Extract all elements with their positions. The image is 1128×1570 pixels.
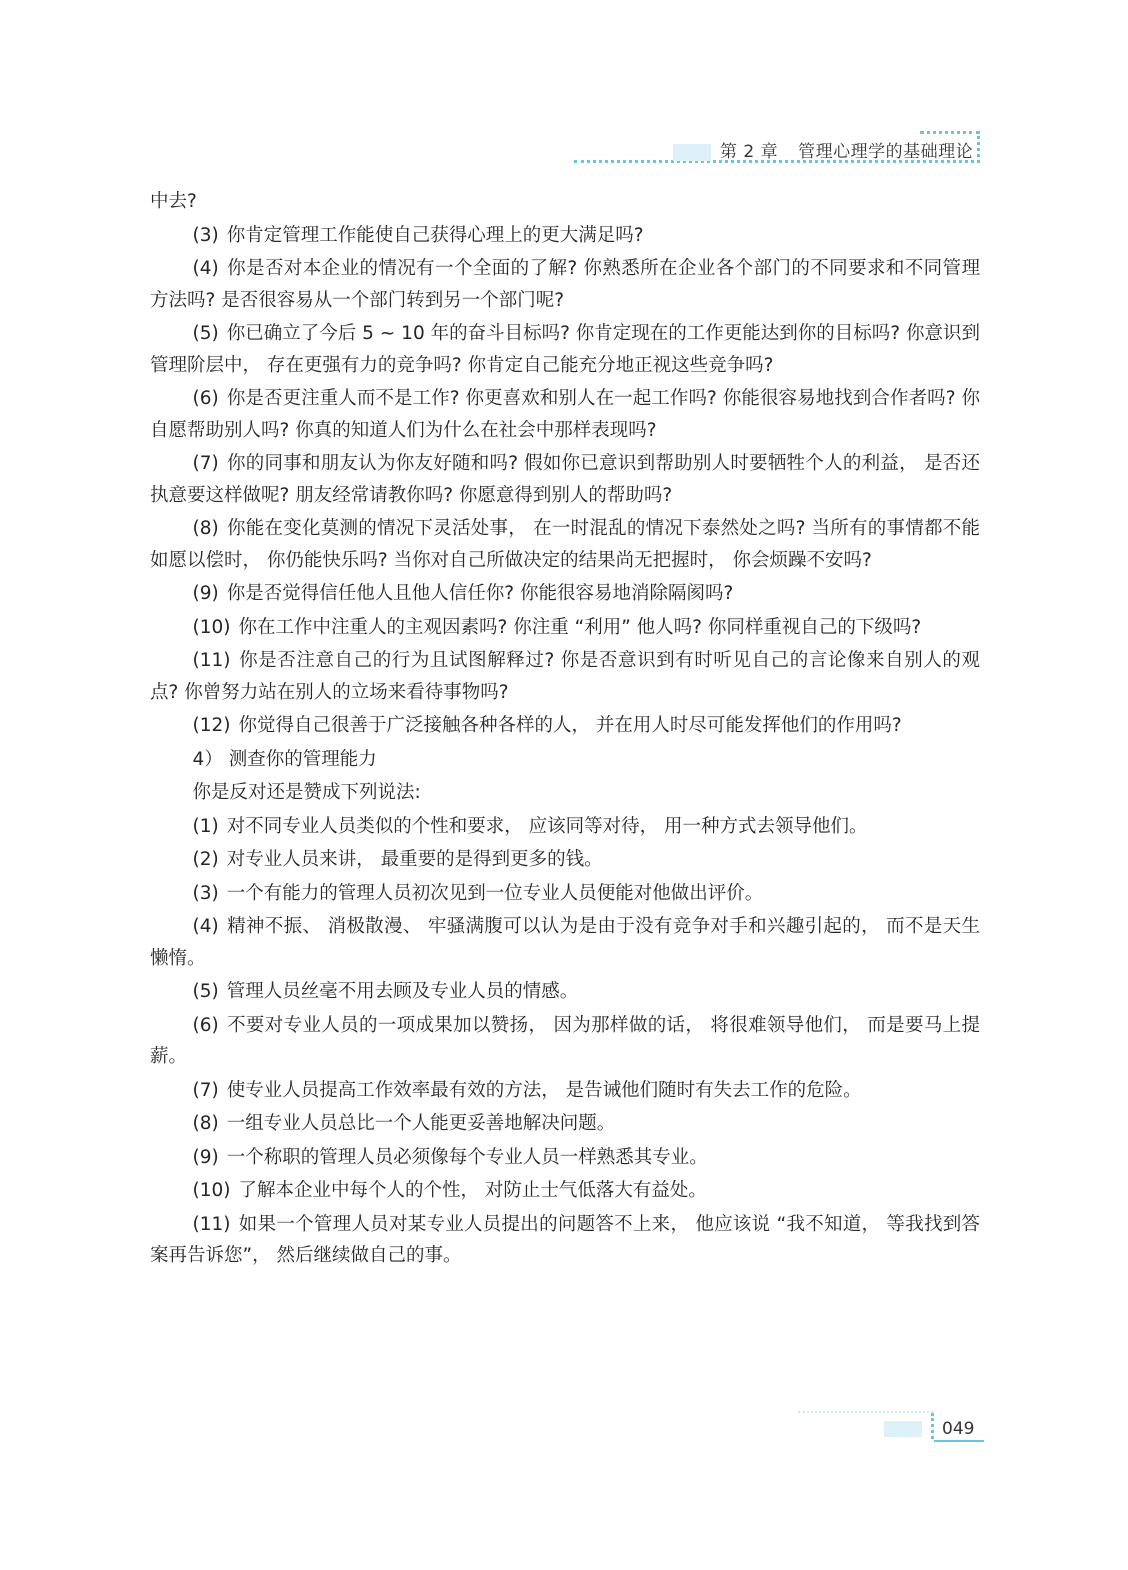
- header-dotted-border-top: [920, 131, 980, 134]
- page-number-underline: [934, 1440, 984, 1442]
- statement-item: (11)如果一个管理人员对某专业人员提出的问题答不上来， 他应该说 “我不知道，…: [150, 1209, 980, 1272]
- question-item: (7)你的同事和朋友认为你友好随和吗? 假如你已意识到帮助别人时要牺牲个人的利益…: [150, 448, 980, 511]
- page-body: 中去? (3)你肯定管理工作能使自己获得心理上的更大满足吗? (4)你是否对本企…: [150, 186, 980, 1274]
- page-number: 049: [942, 1419, 974, 1439]
- question-item: (6)你是否更注重人而不是工作? 你更喜欢和别人在一起工作吗? 你能很容易地找到…: [150, 383, 980, 446]
- chapter-title: 第 2 章管理心理学的基础理论: [720, 137, 973, 162]
- statement-item: (7)使专业人员提高工作效率最有效的方法， 是告诫他们随时有失去工作的危险。: [150, 1075, 980, 1107]
- statement-item: (5)管理人员丝毫不用去顾及专业人员的情感。: [150, 976, 980, 1008]
- question-item: (9)你是否觉得信任他人且他人信任你? 你能很容易地消除隔阂吗?: [150, 578, 980, 610]
- statement-item: (6)不要对专业人员的一项成果加以赞扬， 因为那样做的话， 将很难领导他们， 而…: [150, 1010, 980, 1073]
- chapter-name: 管理心理学的基础理论: [798, 142, 973, 162]
- statement-item: (10)了解本企业中每个人的个性， 对防止士气低落大有益处。: [150, 1175, 980, 1207]
- question-item: (11)你是否注意自己的行为且试图解释过? 你是否意识到有时听见自己的言论像来自…: [150, 645, 980, 708]
- statement-item: (1)对不同专业人员类似的个性和要求， 应该同等对待， 用一种方式去领导他们。: [150, 811, 980, 843]
- question-item: (10)你在工作中注重人的主观因素吗? 你注重 “利用” 他人吗? 你同样重视自…: [150, 612, 980, 644]
- question-item: (5)你已确立了今后 5 ~ 10 年的奋斗目标吗? 你肯定现在的工作更能达到你…: [150, 318, 980, 381]
- paragraph-continuation: 中去?: [150, 186, 980, 218]
- footer-color-tab: [884, 1421, 922, 1437]
- running-header: 第 2 章管理心理学的基础理论: [574, 131, 980, 163]
- section-heading: 4） 测查你的管理能力: [150, 744, 980, 776]
- page-footer: 049: [798, 1411, 988, 1441]
- section-intro: 你是反对还是赞成下列说法:: [150, 777, 980, 809]
- statement-item: (9)一个称职的管理人员必须像每个专业人员一样熟悉其专业。: [150, 1142, 980, 1174]
- footer-dotted-divider: [931, 1413, 934, 1439]
- statement-item: (2)对专业人员来讲， 最重要的是得到更多的钱。: [150, 844, 980, 876]
- question-item: (8)你能在变化莫测的情况下灵活处事， 在一时混乱的情况下泰然处之吗? 当所有的…: [150, 513, 980, 576]
- header-color-tab: [673, 144, 711, 161]
- chapter-number: 第 2 章: [720, 142, 778, 162]
- footer-dotted-border: [798, 1411, 933, 1413]
- question-item: (4)你是否对本企业的情况有一个全面的了解? 你熟悉所在企业各个部门的不同要求和…: [150, 253, 980, 316]
- question-item: (12)你觉得自己很善于广泛接触各种各样的人， 并在用人时尽可能发挥他们的作用吗…: [150, 710, 980, 742]
- statement-item: (3)一个有能力的管理人员初次见到一位专业人员便能对他做出评价。: [150, 878, 980, 910]
- statement-item: (8)一组专业人员总比一个人能更妥善地解决问题。: [150, 1108, 980, 1140]
- statement-item: (4)精神不振、 消极散漫、 牢骚满腹可以认为是由于没有竞争对手和兴趣引起的， …: [150, 911, 980, 974]
- question-item: (3)你肯定管理工作能使自己获得心理上的更大满足吗?: [150, 220, 980, 252]
- header-dotted-border-right: [977, 131, 980, 163]
